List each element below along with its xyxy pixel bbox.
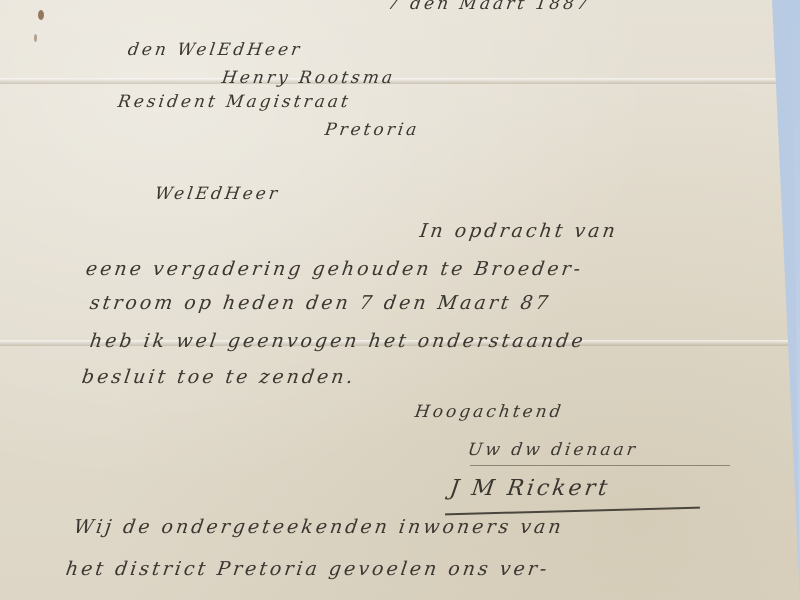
greeting: WelEdHeer: [154, 184, 282, 204]
closing-line-1: Hoogachtend: [414, 402, 565, 422]
ink-stain: [34, 34, 37, 42]
resolution-line-1: Wij de ondergeteekenden inwoners van: [72, 516, 565, 538]
address-name: Henry Rootsma: [221, 68, 397, 88]
ink-stain: [38, 10, 44, 20]
closing-underline: [470, 465, 730, 466]
body-line-2: eene vergadering gehouden te Broeder-: [84, 258, 584, 280]
signature: J M Rickert: [448, 476, 611, 501]
address-salutation: den WelEdHeer: [127, 40, 304, 60]
date-line: 7 den Maart 1887: [387, 0, 593, 14]
body-line-1: In opdracht van: [418, 220, 619, 242]
closing-line-2: Uw dw dienaar: [467, 440, 640, 460]
body-line-4: heb ik wel geenvogen het onderstaande: [88, 330, 587, 352]
body-line-5: besluit toe te zenden.: [80, 366, 357, 388]
resolution-line-2: het district Pretoria gevoelen ons ver-: [64, 558, 550, 580]
letter-paper: 7 den Maart 1887 den WelEdHeer Henry Roo…: [0, 0, 800, 600]
address-title: Resident Magistraat: [117, 92, 353, 112]
signature-underline: [445, 507, 700, 516]
body-line-3: stroom op heden den 7 den Maart 87: [88, 292, 552, 314]
address-place: Pretoria: [324, 120, 421, 140]
